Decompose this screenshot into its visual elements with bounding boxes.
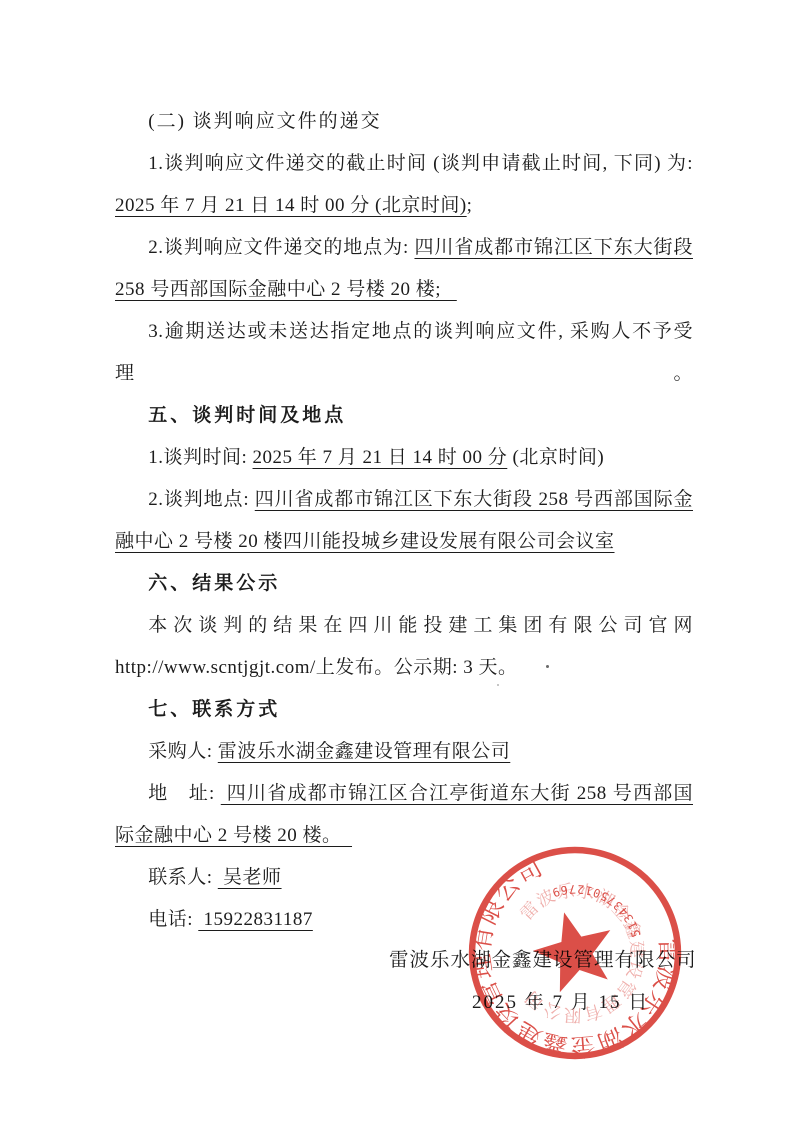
delivery-location-cont: 258 号西部国际金融中心 2 号楼 20 楼;	[115, 269, 693, 311]
address-value-cont: 际金融中心 2 号楼 20 楼。	[115, 825, 352, 846]
deadline-value: 2025 年 7 月 21 日 14 时 00 分 (北京时间)	[115, 195, 467, 216]
late-delivery-clause: 3.逾期送达或未送达指定地点的谈判响应文件, 采购人不予受理。	[115, 311, 693, 395]
negotiation-place-clause: 2.谈判地点: 四川省成都市锦江区下东大街段 258 号西部国际金	[115, 479, 693, 521]
negotiation-time-clause: 1.谈判时间: 2025 年 7 月 21 日 14 时 00 分 (北京时间)	[115, 437, 693, 479]
section-heading-delivery: (二) 谈判响应文件的递交	[115, 101, 693, 143]
address-value: 四川省成都市锦江区合江亭街道东大街 258 号西部国	[221, 783, 693, 804]
section-heading-time-place: 五、谈判时间及地点	[115, 395, 693, 437]
section-heading-contact: 七、联系方式	[115, 689, 693, 731]
deadline-clause: 1.谈判响应文件递交的截止时间 (谈判申请截止时间, 下同) 为:	[115, 143, 693, 185]
field-label: 电话:	[148, 909, 198, 930]
heading-text: 六、结果公示	[148, 573, 280, 594]
clause-lead: 2.谈判响应文件递交的地点为:	[148, 237, 414, 258]
negotiation-place-value-cont: 融中心 2 号楼 20 楼四川能投城乡建设发展有限公司会议室	[115, 531, 615, 552]
delivery-location-value: 四川省成都市锦江区下东大街段	[414, 237, 693, 258]
field-label: 地 址:	[148, 783, 221, 804]
negotiation-place-cont: 融中心 2 号楼 20 楼四川能投城乡建设发展有限公司会议室	[115, 521, 693, 563]
heading-text: 五、谈判时间及地点	[148, 405, 346, 426]
address-line: 地 址: 四川省成都市锦江区合江亭街道东大街 258 号西部国	[115, 773, 693, 815]
field-label: 联系人:	[148, 867, 218, 888]
purchaser-value: 雷波乐水湖金鑫建设管理有限公司	[218, 741, 511, 762]
results-clause: 本次谈判的结果在四川能投建工集团有限公司官网	[115, 605, 693, 647]
field-label: 采购人:	[148, 741, 218, 762]
punctuation: ;	[467, 195, 473, 216]
clause-lead: 2.谈判地点:	[148, 489, 255, 510]
clause-text: 3.逾期送达或未送达指定地点的谈判响应文件, 采购人不予受理。	[115, 321, 693, 384]
website-url-text: http://www.scntjgjt.com/上发布。公示期: 3 天。	[115, 657, 518, 678]
document-body: (二) 谈判响应文件的递交 1.谈判响应文件递交的截止时间 (谈判申请截止时间,…	[115, 101, 693, 941]
scan-speck	[546, 665, 549, 668]
clause-lead: 1.谈判时间:	[148, 447, 252, 468]
scan-speck	[497, 684, 499, 686]
delivery-location-clause: 2.谈判响应文件递交的地点为: 四川省成都市锦江区下东大街段	[115, 227, 693, 269]
deadline-value-line: 2025 年 7 月 21 日 14 时 00 分 (北京时间);	[115, 185, 693, 227]
heading-text: (二) 谈判响应文件的递交	[148, 111, 381, 132]
delivery-location-value-cont: 258 号西部国际金融中心 2 号楼 20 楼;	[115, 279, 457, 300]
stamp-star-icon	[525, 902, 622, 996]
official-stamp: 雷波乐水湖金鑫建设管理有限公司 5134375012769 雷波乐水湖金鑫建设管…	[458, 836, 692, 1070]
timezone-note: (北京时间)	[507, 447, 604, 468]
heading-text: 七、联系方式	[148, 699, 280, 720]
results-url-line: http://www.scntjgjt.com/上发布。公示期: 3 天。	[115, 647, 693, 689]
clause-text: 本次谈判的结果在四川能投建工集团有限公司官网	[148, 615, 693, 636]
contact-person-value: 吴老师	[218, 867, 282, 888]
clause-text: 1.谈判响应文件递交的截止时间 (谈判申请截止时间, 下同) 为:	[148, 153, 693, 174]
section-heading-results: 六、结果公示	[115, 563, 693, 605]
phone-value: 15922831187	[198, 909, 313, 930]
negotiation-time-value: 2025 年 7 月 21 日 14 时 00 分	[253, 447, 508, 468]
negotiation-place-value: 四川省成都市锦江区下东大街段 258 号西部国际金	[255, 489, 693, 510]
scanned-document-page: { "doc": { "lines": [ ["(二) 谈判响应文件的递交"],…	[0, 0, 793, 1121]
purchaser-line: 采购人: 雷波乐水湖金鑫建设管理有限公司	[115, 731, 693, 773]
